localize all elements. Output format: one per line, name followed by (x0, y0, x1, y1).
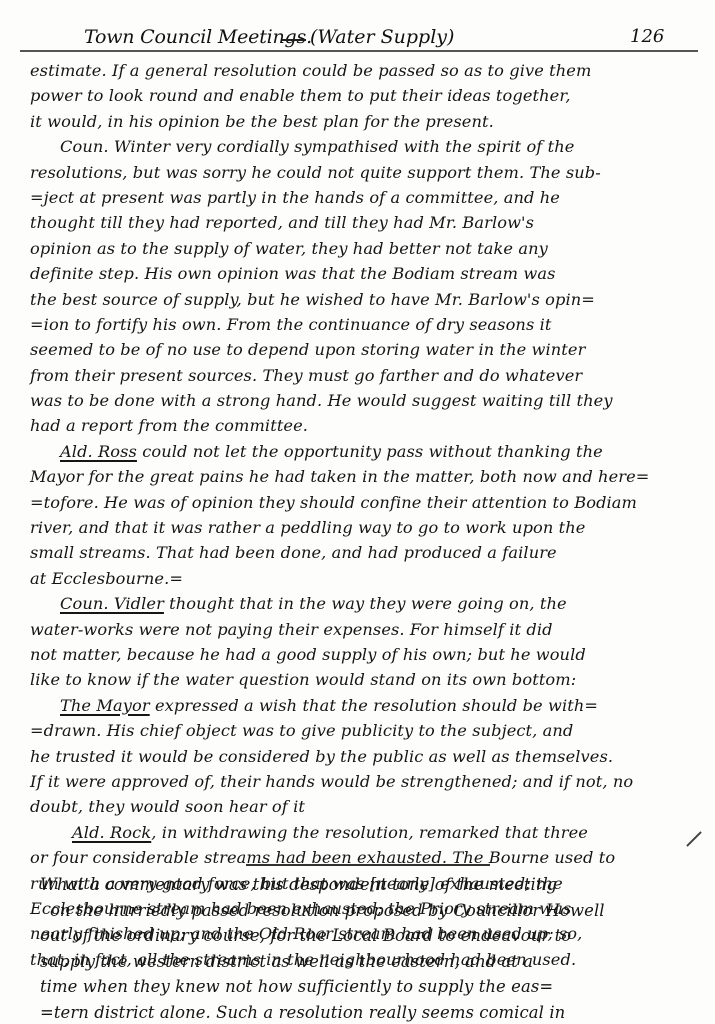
text-line: resolutions, but was sorry he could not … (30, 160, 690, 185)
speaker-name: Ald. Rock (72, 823, 151, 842)
speaker-name: Coun. Winter (60, 137, 170, 156)
text-fragment: , in withdrawing the resolution, remarke… (151, 823, 588, 842)
text-line: it would, in his opinion be the best pla… (30, 109, 690, 134)
text-fragment: very cordially sympathised with the spir… (170, 137, 574, 156)
speaker-name: Coun. Vidler (60, 594, 164, 613)
text-line: from their present sources. They must go… (30, 363, 690, 388)
text-fragment: could not let the opportunity pass witho… (137, 442, 603, 461)
paragraph-the-mayor: The Mayor expressed a wish that the reso… (30, 693, 690, 820)
text-line: was to be done with a strong hand. He wo… (30, 388, 690, 413)
text-fragment: expressed a wish that the resolution sho… (150, 696, 598, 715)
text-line: at Ecclesbourne.= (30, 566, 690, 591)
text-line: =ject at present was partly in the hands… (30, 185, 690, 210)
section-separator-rule (246, 864, 490, 866)
text-line: or four considerable streams had been ex… (30, 845, 690, 870)
commentary-body: What a commentary was this despondent to… (40, 872, 700, 1024)
text-line: river, and that it was rather a peddling… (30, 515, 690, 540)
text-line: the best source of supply, but he wished… (30, 287, 690, 312)
text-line: Ald. Rock, in withdrawing the resolution… (30, 820, 690, 845)
text-line: on the hurriedly passed resolution propo… (40, 898, 700, 924)
text-line: he trusted it would be considered by the… (30, 744, 690, 769)
text-line: time when they knew not how sufficiently… (40, 974, 700, 1000)
text-line: Coun. Winter very cordially sympathised … (30, 134, 690, 159)
text-line: opinion as to the supply of water, they … (30, 236, 690, 261)
text-line: If it were approved of, their hands woul… (30, 769, 690, 794)
manuscript-page: Town Council Meetings. (Water Supply) 12… (0, 0, 715, 1024)
text-line: supply the western district as well as t… (40, 949, 700, 975)
text-line: power to look round and enable them to p… (30, 83, 690, 108)
header-rule (20, 50, 698, 52)
text-line: thought till they had reported, and till… (30, 210, 690, 235)
text-line: seemed to be of no use to depend upon st… (30, 337, 690, 362)
text-line: out of the ordinary course, for the Loca… (40, 923, 700, 949)
text-line: =drawn. His chief object was to give pub… (30, 718, 690, 743)
text-line: Mayor for the great pains he had taken i… (30, 464, 690, 489)
text-line: small streams. That had been done, and h… (30, 540, 690, 565)
text-line: =ion to fortify his own. From the contin… (30, 312, 690, 337)
text-line: had a report from the committee. (30, 413, 690, 438)
paragraph-coun-winter: Coun. Winter very cordially sympathised … (30, 134, 690, 439)
text-line: definite step. His own opinion was that … (30, 261, 690, 286)
text-line: =tofore. He was of opinion they should c… (30, 490, 690, 515)
text-line: What a commentary was this despondent to… (40, 872, 700, 898)
text-line: water-works were not paying their expens… (30, 617, 690, 642)
text-line: The Mayor expressed a wish that the reso… (30, 693, 690, 718)
text-line: Coun. Vidler thought that in the way the… (30, 591, 690, 616)
text-line: =tern district alone. Such a resolution … (40, 1000, 700, 1024)
text-fragment: thought that in the way they were going … (164, 594, 567, 613)
page-title: Town Council Meetings. (84, 26, 312, 48)
text-line: Ald. Ross could not let the opportunity … (30, 439, 690, 464)
page-subtitle: (Water Supply) (310, 26, 454, 48)
minutes-body: estimate. If a general resolution could … (30, 58, 690, 972)
paragraph-continuation: estimate. If a general resolution could … (30, 58, 690, 134)
header-dash-divider (282, 39, 306, 41)
page-number: 126 (630, 26, 664, 47)
page-header: Town Council Meetings. (Water Supply) 12… (20, 22, 698, 52)
speaker-name: Ald. Ross (60, 442, 137, 461)
speaker-name: The Mayor (60, 696, 150, 715)
text-line: estimate. If a general resolution could … (30, 58, 690, 83)
paragraph-ald-ross: Ald. Ross could not let the opportunity … (30, 439, 690, 591)
text-line: doubt, they would soon hear of it (30, 794, 690, 819)
paragraph-coun-vidler: Coun. Vidler thought that in the way the… (30, 591, 690, 693)
text-line: not matter, because he had a good supply… (30, 642, 690, 667)
text-line: like to know if the water question would… (30, 667, 690, 692)
